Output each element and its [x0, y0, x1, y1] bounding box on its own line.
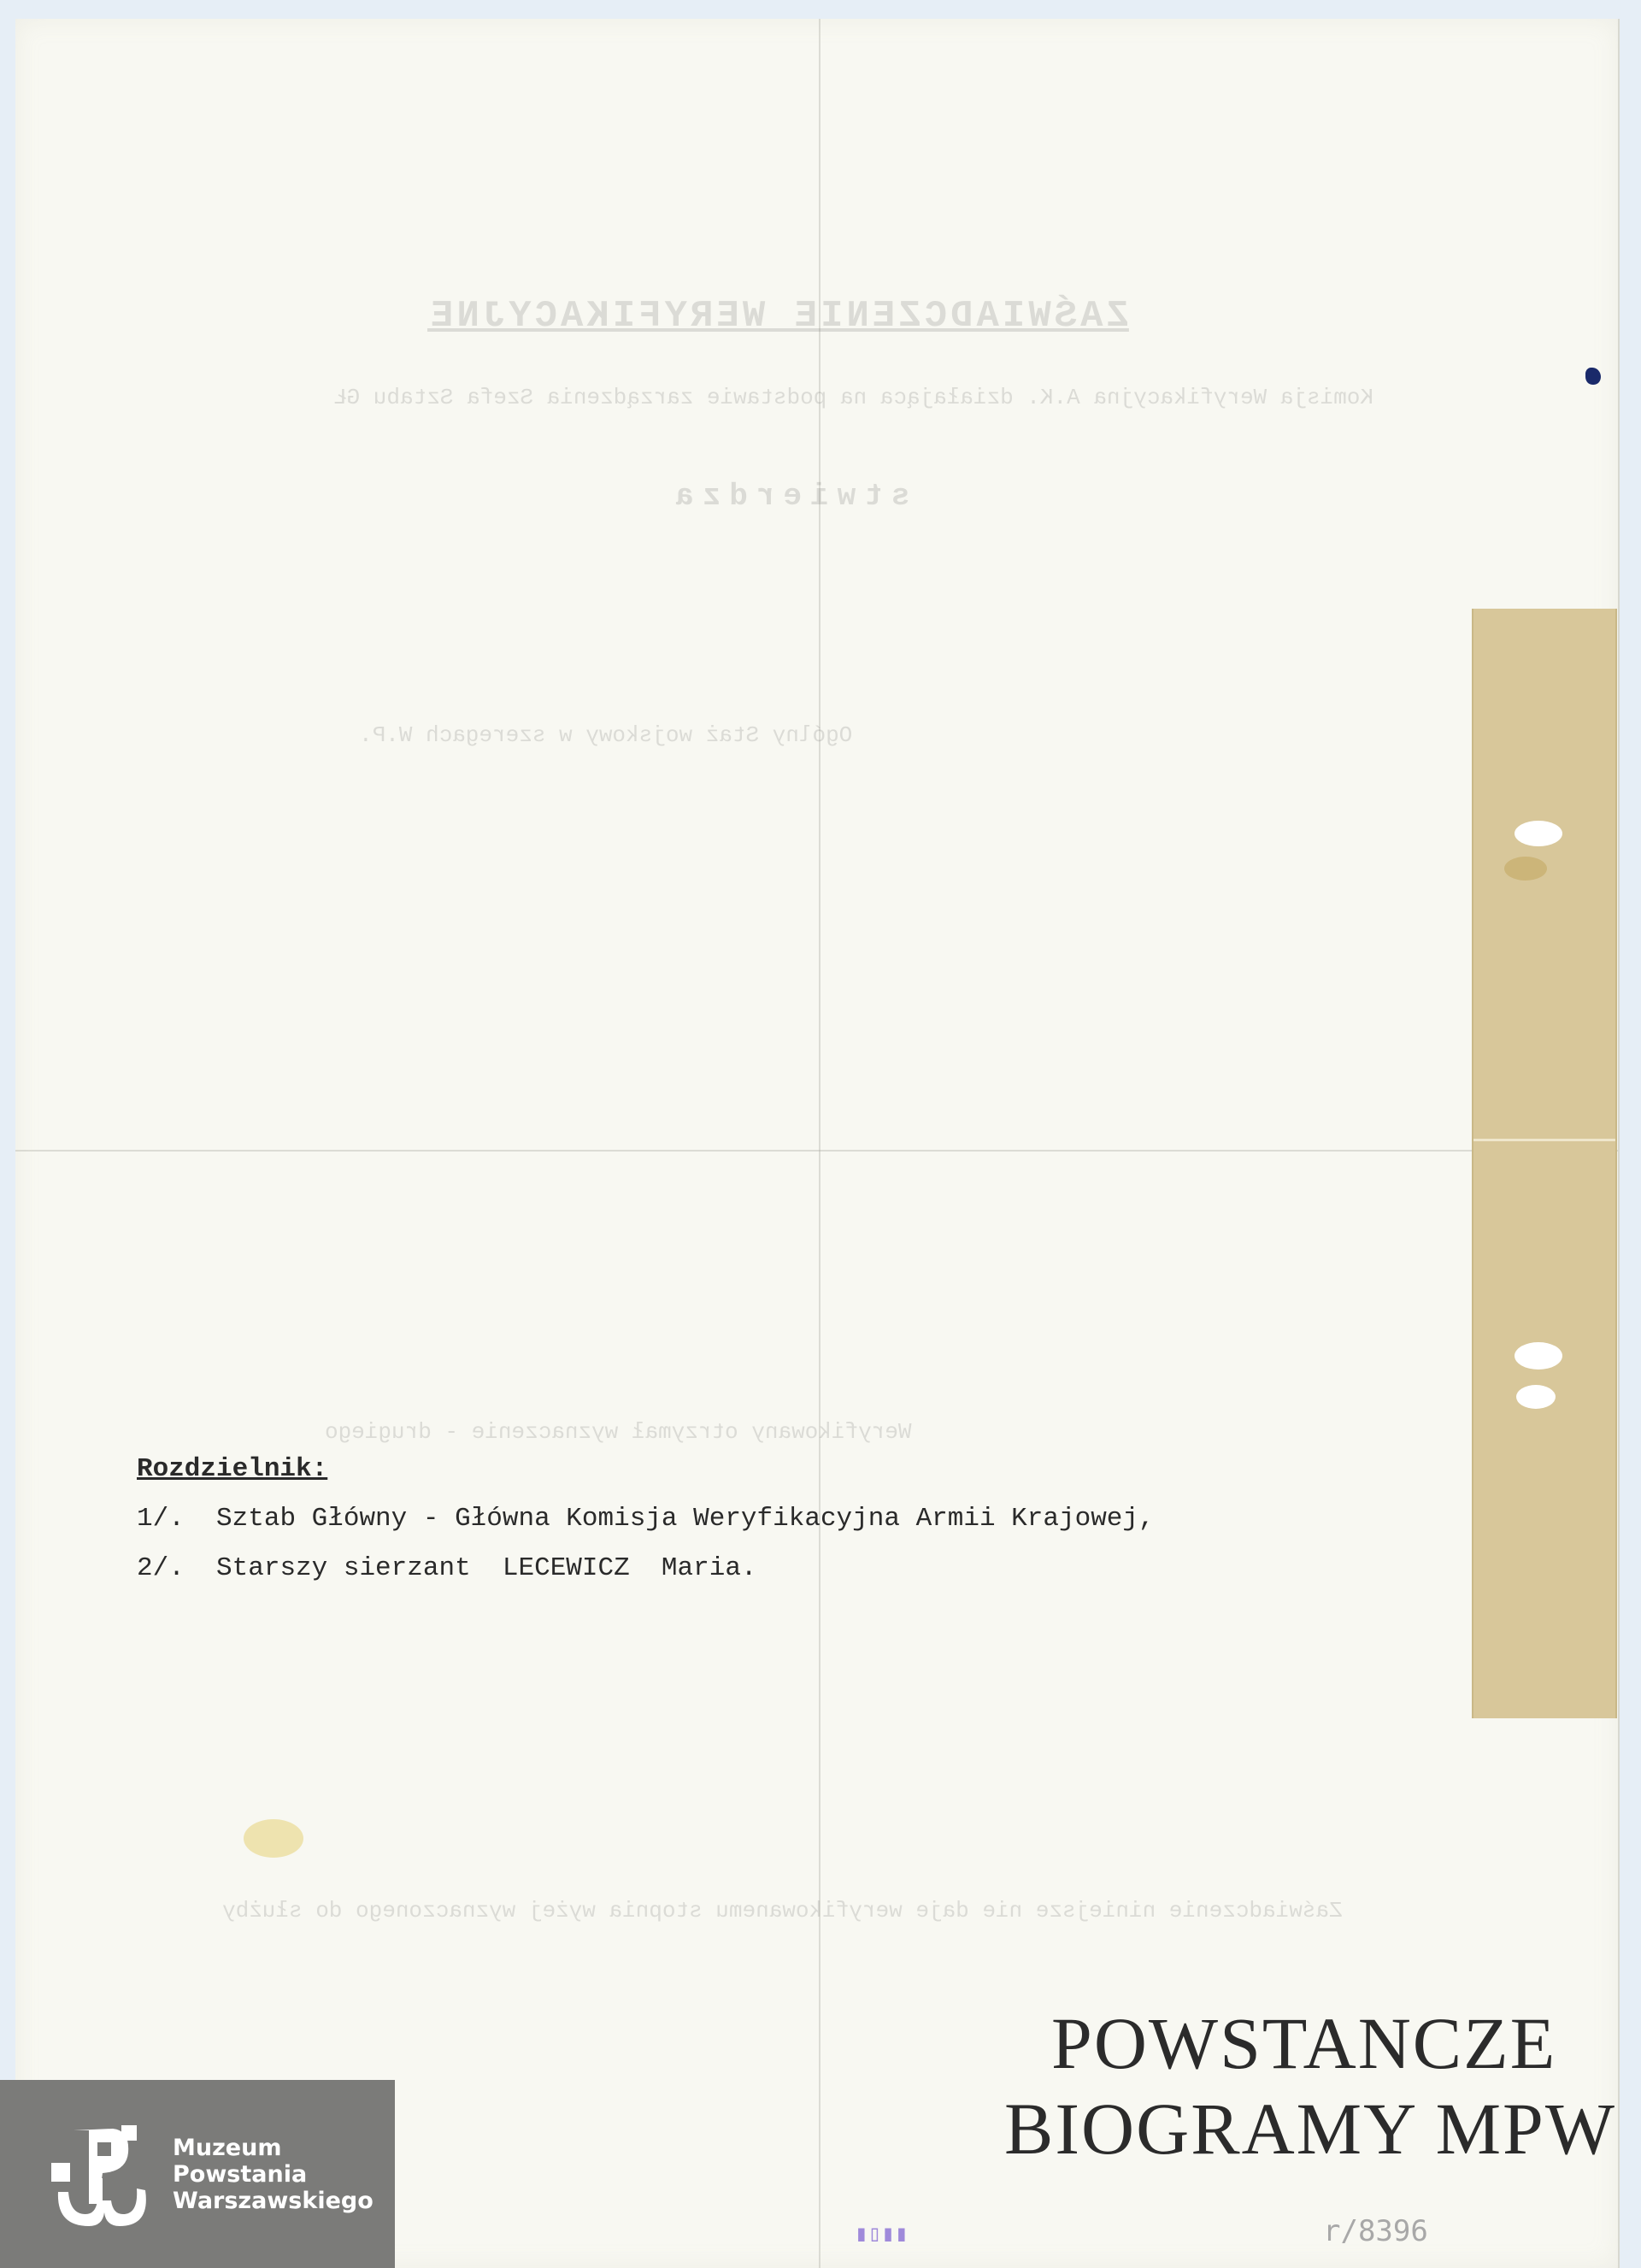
stain [244, 1819, 303, 1858]
bleed-through-line: Komisja Weryfikacyjna A.K. działająca na… [333, 385, 1373, 410]
fold-line-horizontal [15, 1150, 1618, 1152]
watermark-line: POWSTANCZE [1004, 2000, 1616, 2086]
item-number: 1/. [137, 1504, 185, 1534]
bleed-through-line: Zaświadczenie niniejsze nie daje weryfik… [222, 1898, 1343, 1923]
punch-hole [1515, 1342, 1562, 1370]
bleed-through-line: Ogólny Staż wojskowy w szeregach W.P. [359, 722, 852, 748]
logo-line: Warszawskiego [173, 2188, 373, 2214]
document-page [15, 19, 1620, 2268]
bleed-through-subtitle: stwierdza [667, 479, 909, 514]
museum-logo: Muzeum Powstania Warszawskiego [0, 2080, 395, 2268]
adhesive-tape [1472, 609, 1617, 1718]
item-text: Sztab Główny - Główna Komisja Weryfikacy… [216, 1504, 1155, 1534]
tape-seam [1473, 1139, 1615, 1141]
tape-stain [1504, 857, 1547, 881]
fold-line-vertical [819, 19, 820, 2268]
purple-stamp-fragment: ▮▯▮▮ [855, 2221, 957, 2268]
logo-line: Muzeum [173, 2135, 373, 2161]
punch-hole [1516, 1385, 1556, 1409]
bleed-through-title: ZAŚWIADCZENIE WERYFIKACYJNE [427, 295, 1129, 338]
kotwica-anchor-icon [51, 2118, 154, 2230]
bleed-through-line: Weryfikowany otrzymał wyznaczenie - drug… [325, 1419, 912, 1445]
watermark-line: BIOGRAMY MPW [1004, 2086, 1616, 2171]
archive-number: r/8396 [1323, 2214, 1428, 2248]
logo-line: Powstania [173, 2161, 373, 2188]
distribution-item: 1/. Sztab Główny - Główna Komisja Weryfi… [137, 1494, 1155, 1544]
museum-name: Muzeum Powstania Warszawskiego [173, 2135, 373, 2214]
distribution-item: 2/. Starszy sierzant LECEWICZ Maria. [137, 1544, 1155, 1593]
item-number: 2/. [137, 1553, 185, 1583]
ink-blot [1585, 368, 1601, 385]
item-text: Starszy sierzant LECEWICZ Maria. [216, 1553, 757, 1583]
distribution-list: Rozdzielnik: 1/. Sztab Główny - Główna K… [137, 1445, 1155, 1593]
watermark: POWSTANCZE BIOGRAMY MPW [1004, 2000, 1616, 2171]
distribution-heading: Rozdzielnik: [137, 1445, 1155, 1494]
punch-hole [1515, 821, 1562, 846]
